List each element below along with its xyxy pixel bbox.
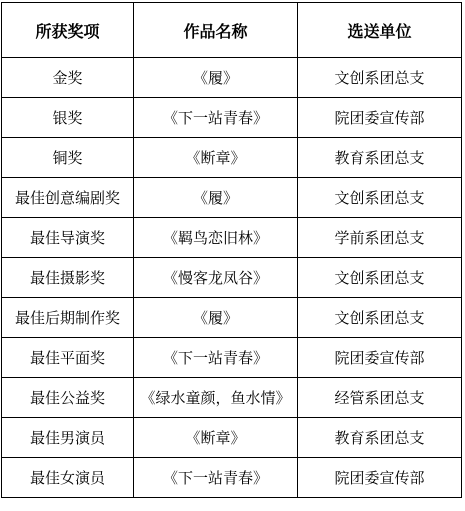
award-cell: 最佳平面奖 bbox=[2, 338, 134, 378]
table-row: 最佳导演奖 《羁鸟恋旧林》 学前系团总支 bbox=[2, 218, 462, 258]
col-header-award: 所获奖项 bbox=[2, 3, 134, 58]
unit-cell: 院团委宣传部 bbox=[298, 98, 462, 138]
award-cell: 最佳摄影奖 bbox=[2, 258, 134, 298]
unit-cell: 文创系团总支 bbox=[298, 178, 462, 218]
table-row: 金奖 《履》 文创系团总支 bbox=[2, 58, 462, 98]
unit-cell: 文创系团总支 bbox=[298, 258, 462, 298]
title-cell: 《羁鸟恋旧林》 bbox=[134, 218, 298, 258]
unit-cell: 文创系团总支 bbox=[298, 58, 462, 98]
table-row: 最佳女演员 《下一站青春》 院团委宣传部 bbox=[2, 458, 462, 498]
unit-cell: 文创系团总支 bbox=[298, 298, 462, 338]
award-cell: 最佳公益奖 bbox=[2, 378, 134, 418]
unit-cell: 院团委宣传部 bbox=[298, 338, 462, 378]
awards-table: 所获奖项 作品名称 选送单位 金奖 《履》 文创系团总支 银奖 《下一站青春》 … bbox=[1, 2, 462, 498]
table-row: 最佳平面奖 《下一站青春》 院团委宣传部 bbox=[2, 338, 462, 378]
title-cell: 《绿水童颜，鱼水情》 bbox=[134, 378, 298, 418]
award-cell: 最佳导演奖 bbox=[2, 218, 134, 258]
award-cell: 铜奖 bbox=[2, 138, 134, 178]
title-cell: 《下一站青春》 bbox=[134, 98, 298, 138]
title-cell: 《断章》 bbox=[134, 138, 298, 178]
title-cell: 《履》 bbox=[134, 178, 298, 218]
table-header-row: 所获奖项 作品名称 选送单位 bbox=[2, 3, 462, 58]
unit-cell: 学前系团总支 bbox=[298, 218, 462, 258]
award-cell: 银奖 bbox=[2, 98, 134, 138]
unit-cell: 教育系团总支 bbox=[298, 138, 462, 178]
title-cell: 《下一站青春》 bbox=[134, 338, 298, 378]
table-row: 银奖 《下一站青春》 院团委宣传部 bbox=[2, 98, 462, 138]
table-row: 最佳公益奖 《绿水童颜，鱼水情》 经管系团总支 bbox=[2, 378, 462, 418]
award-cell: 最佳后期制作奖 bbox=[2, 298, 134, 338]
table-row: 铜奖 《断章》 教育系团总支 bbox=[2, 138, 462, 178]
award-cell: 最佳男演员 bbox=[2, 418, 134, 458]
title-cell: 《断章》 bbox=[134, 418, 298, 458]
unit-cell: 教育系团总支 bbox=[298, 418, 462, 458]
unit-cell: 院团委宣传部 bbox=[298, 458, 462, 498]
col-header-title: 作品名称 bbox=[134, 3, 298, 58]
award-cell: 最佳女演员 bbox=[2, 458, 134, 498]
col-header-unit: 选送单位 bbox=[298, 3, 462, 58]
title-cell: 《下一站青春》 bbox=[134, 458, 298, 498]
award-cell: 金奖 bbox=[2, 58, 134, 98]
table-row: 最佳后期制作奖 《履》 文创系团总支 bbox=[2, 298, 462, 338]
table-row: 最佳创意编剧奖 《履》 文创系团总支 bbox=[2, 178, 462, 218]
page: 所获奖项 作品名称 选送单位 金奖 《履》 文创系团总支 银奖 《下一站青春》 … bbox=[0, 0, 465, 511]
table-row: 最佳摄影奖 《慢客龙凤谷》 文创系团总支 bbox=[2, 258, 462, 298]
unit-cell: 经管系团总支 bbox=[298, 378, 462, 418]
title-cell: 《履》 bbox=[134, 298, 298, 338]
title-cell: 《履》 bbox=[134, 58, 298, 98]
title-cell: 《慢客龙凤谷》 bbox=[134, 258, 298, 298]
award-cell: 最佳创意编剧奖 bbox=[2, 178, 134, 218]
table-row: 最佳男演员 《断章》 教育系团总支 bbox=[2, 418, 462, 458]
